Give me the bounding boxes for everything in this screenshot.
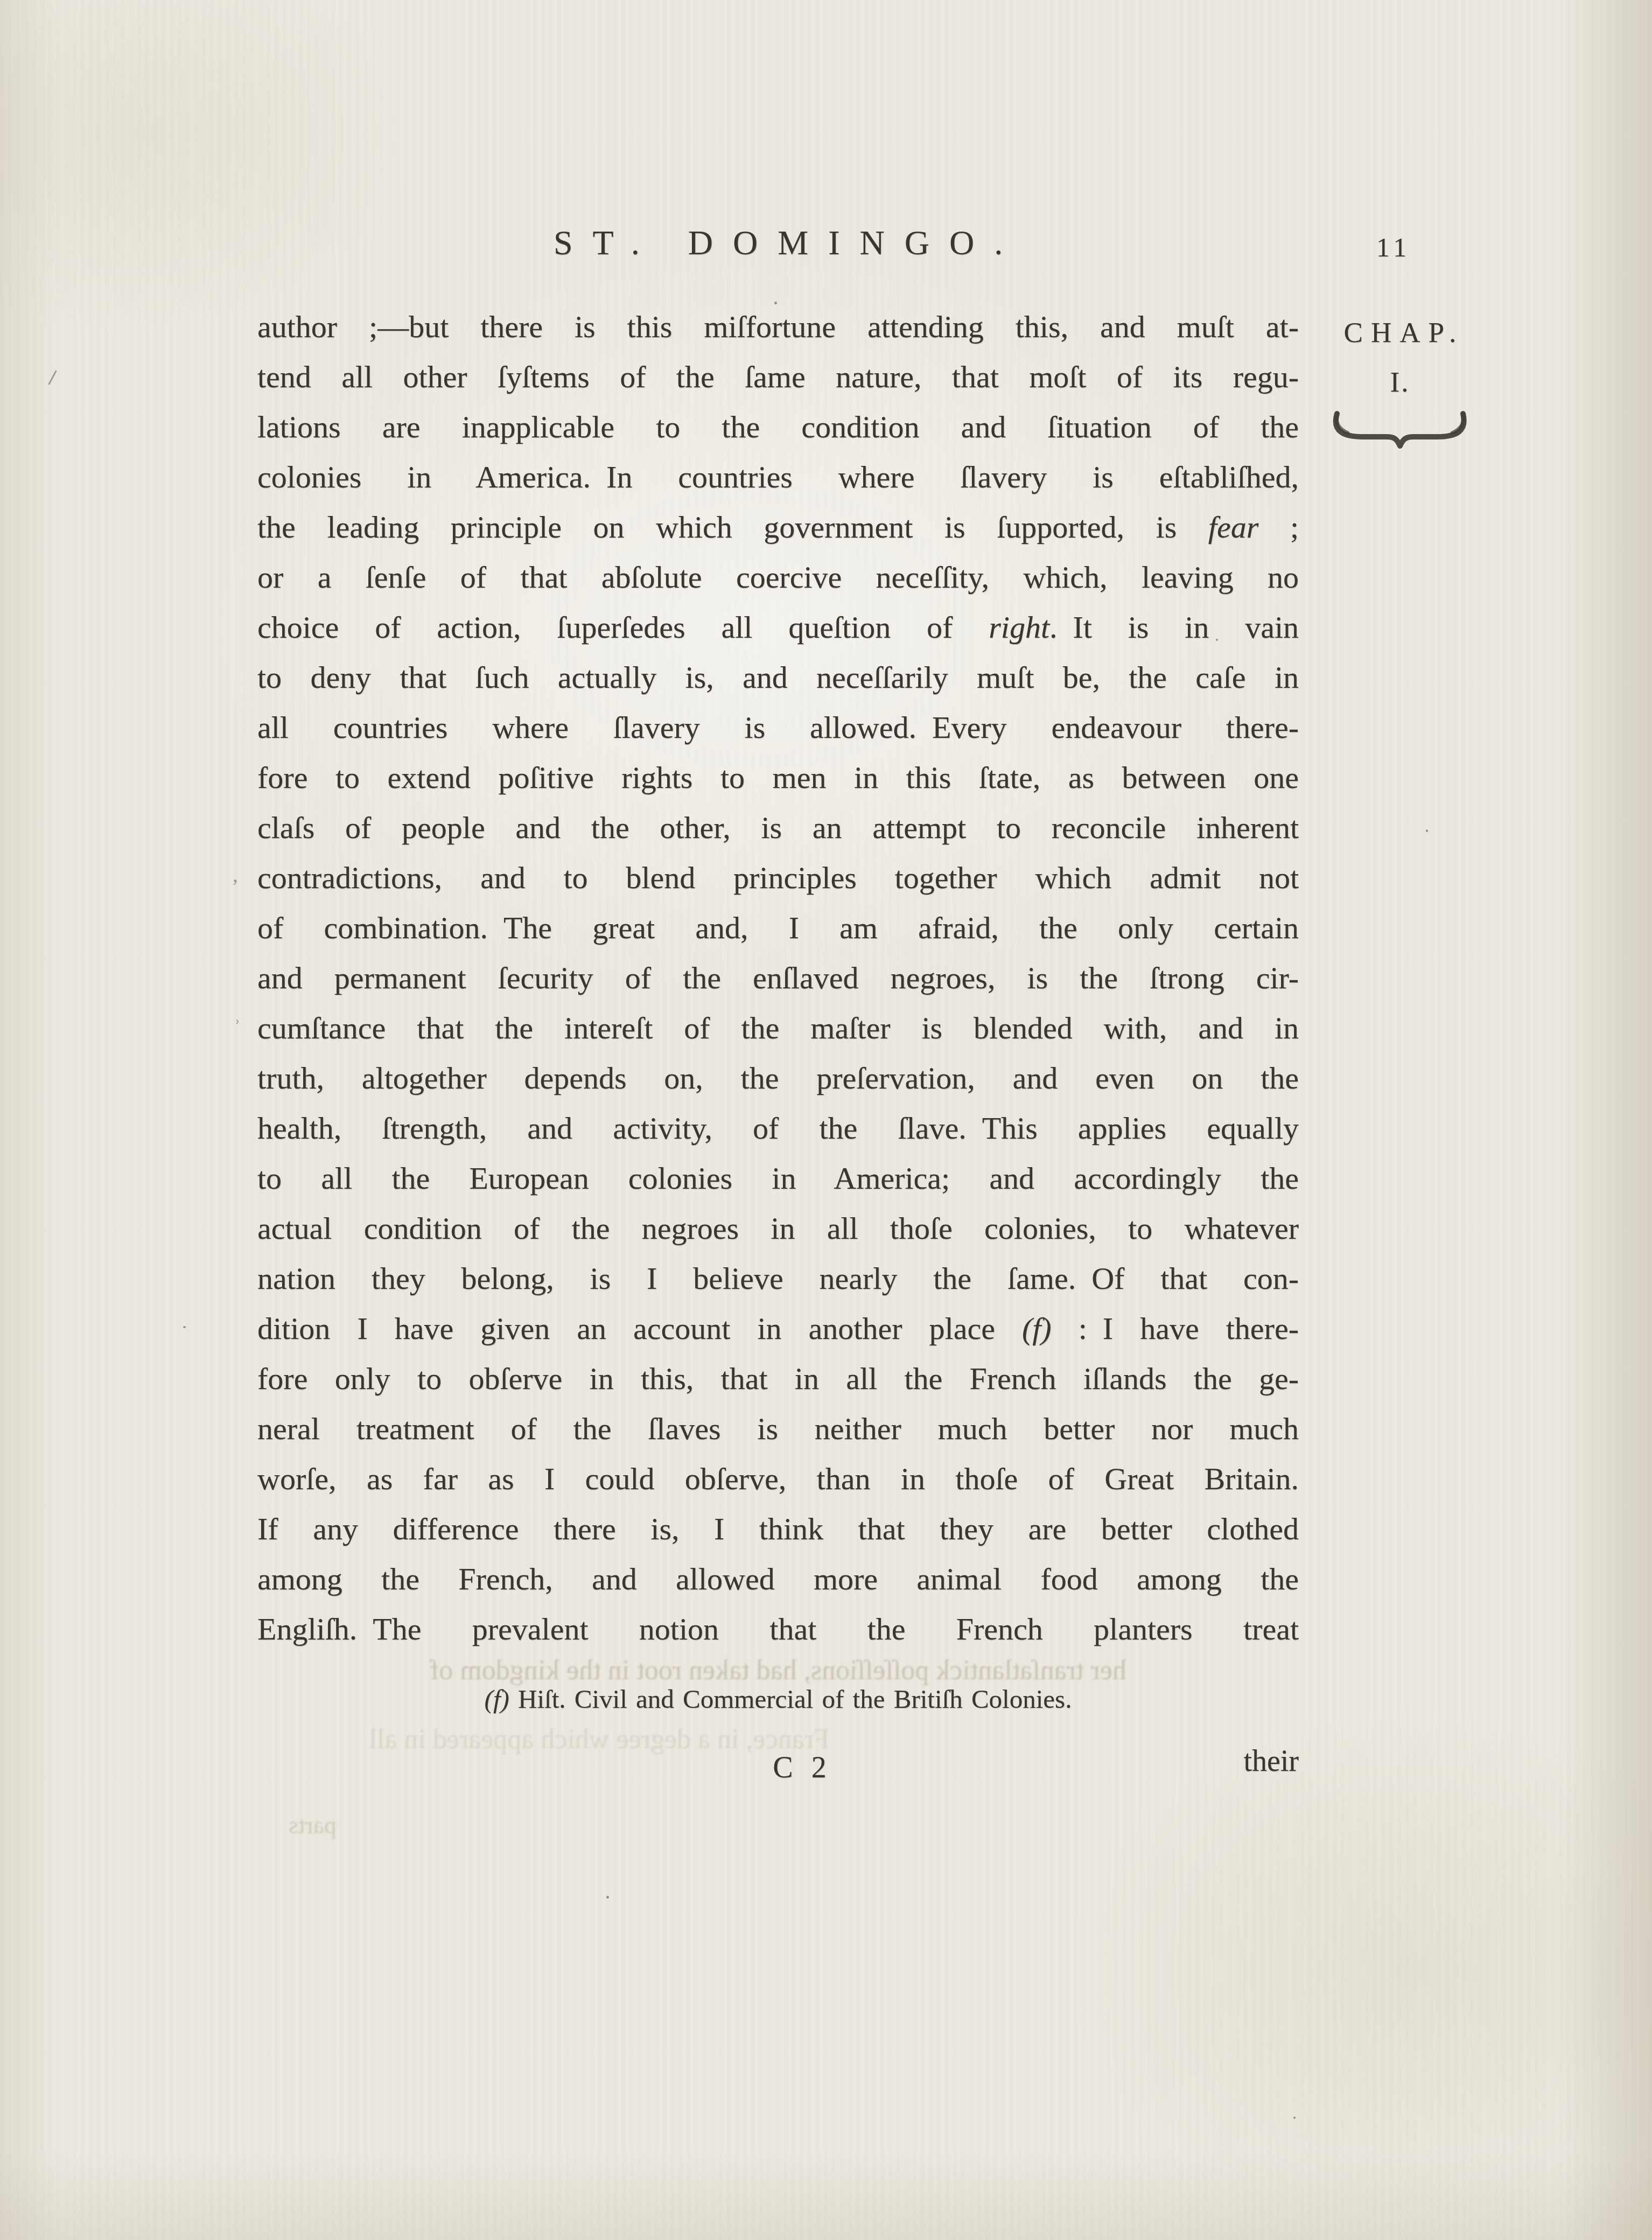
body-line: actual condition of the negroes in all t… — [257, 1203, 1299, 1253]
body-line: fore to extend poſitive rights to men in… — [257, 752, 1299, 803]
body-line: claſs of people and the other, is an att… — [257, 803, 1299, 853]
ink-speck — [1216, 639, 1218, 641]
body-line: choice of action, ſuperſedes all queſtio… — [257, 602, 1299, 652]
body-line: fore only to obſerve in this, that in al… — [257, 1353, 1299, 1404]
body-line: author ;—but there is this miſfortune at… — [257, 302, 1299, 352]
stray-ink-mark: ʾ — [234, 1015, 241, 1041]
ink-speck — [774, 302, 777, 304]
bleedthrough-line: parts — [110, 1811, 337, 1839]
body-line: Engliſh. The prevalent notion that the F… — [257, 1604, 1299, 1654]
body-line: colonies in America. In countries where … — [257, 452, 1299, 502]
running-head-title: ST. DOMINGO. — [257, 223, 1299, 263]
body-line: lations are inapplicable to the conditio… — [257, 402, 1299, 452]
body-line: contradictions, and to blend principles … — [257, 853, 1299, 903]
body-line: all countries where ſlavery is allowed. … — [257, 702, 1299, 752]
book-page-scan: her tranſatlantick poſſeſſions, had take… — [0, 0, 1652, 2240]
body-line: dition I have given an account in anothe… — [257, 1303, 1299, 1353]
body-text-block: author ;—but there is this miſfortune at… — [257, 302, 1299, 1654]
body-line: nation they belong, is I believe nearly … — [257, 1253, 1299, 1303]
body-line: cumſtance that the intereſt of the maſte… — [257, 1003, 1299, 1053]
margin-chapter-note: CHAP. I. — [1308, 317, 1492, 453]
body-line: to all the European colonies in America;… — [257, 1153, 1299, 1203]
catchword: their — [257, 1744, 1299, 1778]
body-line: or a ſenſe of that abſolute coercive nec… — [257, 552, 1299, 602]
body-line: tend all other ſyſtems of the ſame natur… — [257, 352, 1299, 402]
stray-ink-mark: ‚ — [232, 862, 239, 887]
body-line: worſe, as far as I could obſerve, than i… — [257, 1454, 1299, 1504]
body-line: neral treatment of the ſlaves is neither… — [257, 1404, 1299, 1454]
ink-speck — [606, 1896, 609, 1899]
body-line: If any difference there is, I think that… — [257, 1504, 1299, 1554]
scratch-mark — [48, 370, 57, 385]
body-line: among the French, and allowed more anima… — [257, 1554, 1299, 1604]
body-line: health, ſtrength, and activity, of the ſ… — [257, 1103, 1299, 1153]
body-line: the leading principle on which governmen… — [257, 502, 1299, 552]
margin-chapter-numeral: I. — [1390, 366, 1410, 399]
brace-icon — [1329, 407, 1471, 453]
ink-speck — [1426, 829, 1428, 832]
ink-speck — [183, 1326, 186, 1328]
body-line: of combination. The great and, I am afra… — [257, 903, 1299, 953]
footnote: (f) Hiſt. Civil and Commercial of the Br… — [257, 1684, 1299, 1714]
page-number: 11 — [1376, 232, 1484, 263]
bleedthrough-line: her tranſatlantick poſſeſſions, had take… — [257, 1655, 1299, 1686]
margin-chapter-label: CHAP. — [1336, 317, 1465, 349]
body-line: truth, altogether depends on, the preſer… — [257, 1053, 1299, 1103]
body-line: to deny that ſuch actually is, and neceſ… — [257, 652, 1299, 702]
ink-speck — [1293, 2117, 1296, 2119]
body-line: and permanent ſecurity of the enſlaved n… — [257, 953, 1299, 1003]
